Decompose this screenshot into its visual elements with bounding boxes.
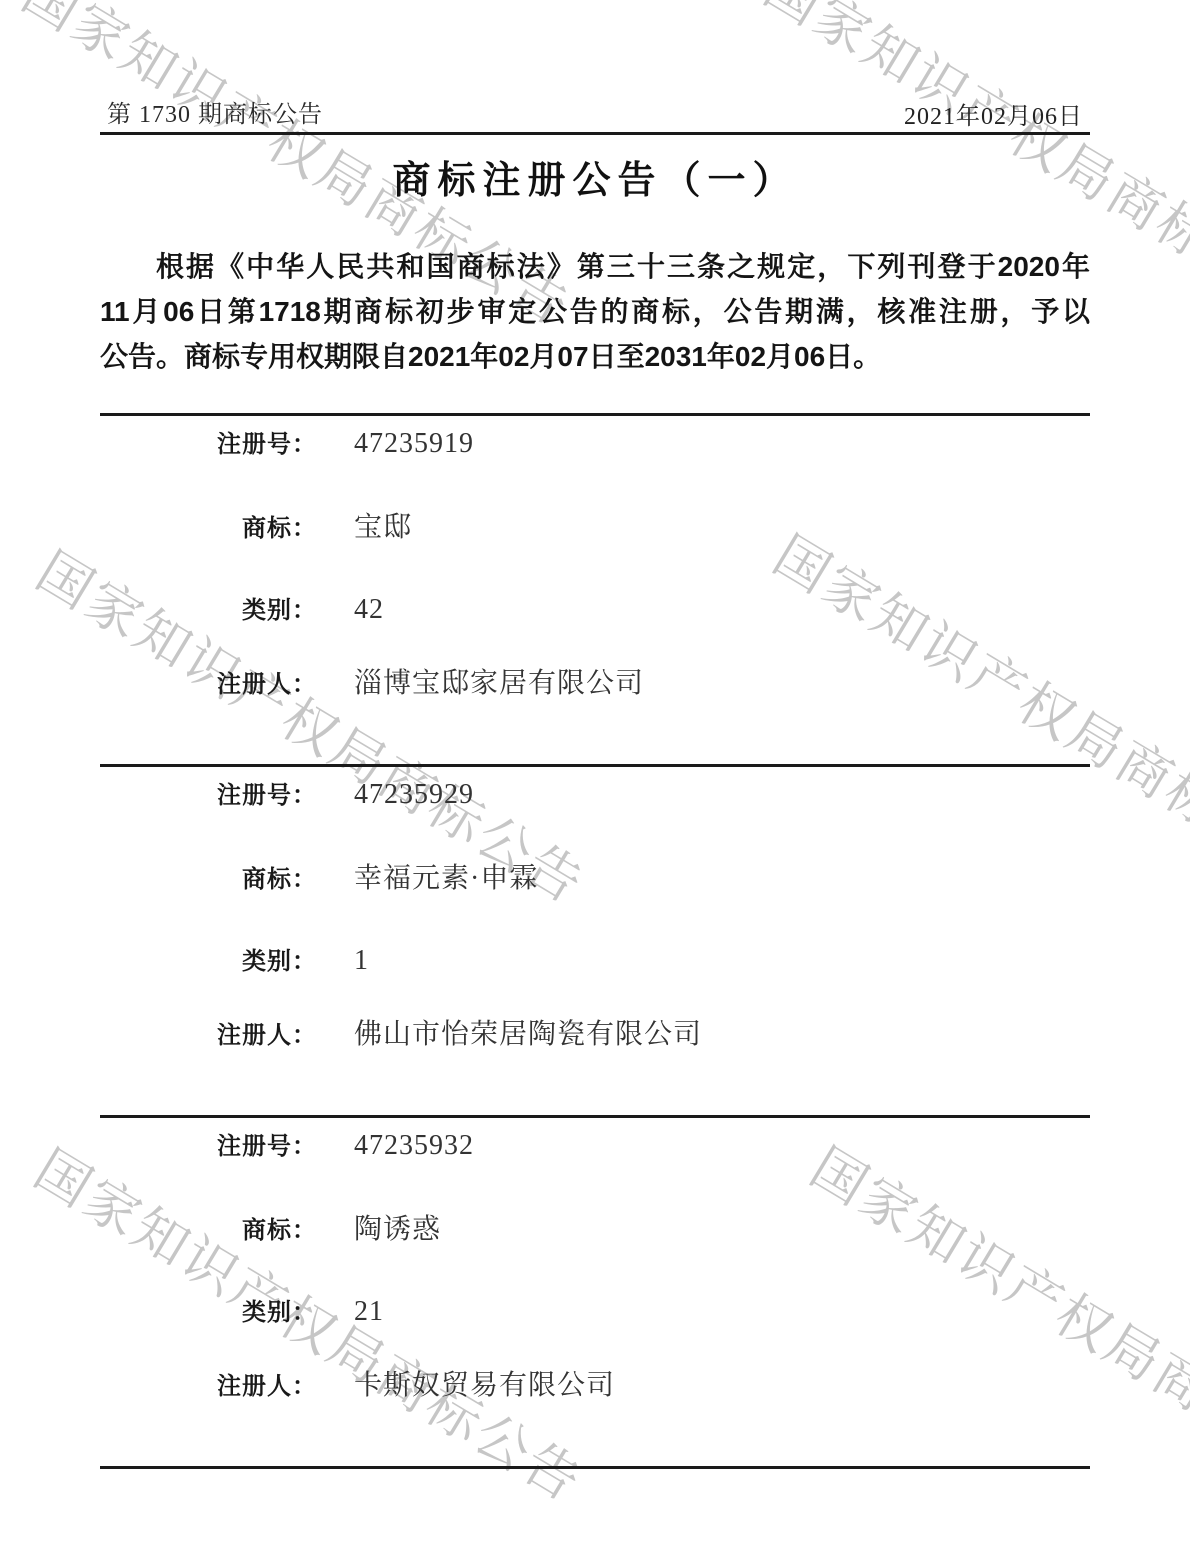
intro-line: 根据《中华人民共和国商标法》第三十三条之规定，下列刊登于2020年 — [100, 244, 1090, 289]
intro-paragraph: 根据《中华人民共和国商标法》第三十三条之规定，下列刊登于2020年 11月06日… — [100, 244, 1090, 379]
record-row-trademark: 商标： 陶诱惑 — [100, 1216, 1090, 1245]
field-label-class: 类别： — [100, 1299, 317, 1327]
record-row-trademark: 商标： 幸福元素·申霖 — [100, 865, 1090, 894]
trademark-record: 注册号： 47235929 商标： 幸福元素·申霖 类别： 1 注册人： 佛山市… — [100, 767, 1090, 1115]
record-row-trademark: 商标： 宝邸 — [100, 514, 1090, 543]
field-value-trademark: 宝邸 — [354, 514, 412, 542]
intro-line: 11月06日第1718期商标初步审定公告的商标，公告期满，核准注册，予以 — [100, 289, 1090, 334]
record-row-registration-number: 注册号： 47235929 — [100, 767, 1090, 810]
header-divider — [100, 132, 1090, 135]
page-title: 商标注册公告（一） — [100, 149, 1090, 204]
field-label-class: 类别： — [100, 948, 317, 976]
record-row-class: 类别： 1 — [100, 947, 1090, 976]
field-value-registration-number: 47235929 — [354, 781, 474, 809]
field-label-registrant: 注册人： — [100, 1373, 317, 1401]
field-label-registrant: 注册人： — [100, 1022, 317, 1050]
field-value-class: 42 — [354, 596, 384, 624]
intro-line: 公告。商标专用权期限自2021年02月07日至2031年02月06日。 — [100, 334, 1090, 379]
field-value-registrant: 卡斯奴贸易有限公司 — [354, 1372, 615, 1400]
trademark-record: 注册号： 47235932 商标： 陶诱惑 类别： 21 注册人： 卡斯奴贸易有… — [100, 1118, 1090, 1466]
field-value-class: 21 — [354, 1298, 384, 1326]
gazette-date: 2021年02月06日 — [904, 96, 1083, 131]
field-label-trademark: 商标： — [100, 1217, 317, 1245]
record-row-registration-number: 注册号： 47235932 — [100, 1118, 1090, 1161]
record-divider — [100, 1466, 1090, 1469]
field-value-registration-number: 47235932 — [354, 1132, 474, 1160]
field-label-registration-number: 注册号： — [100, 782, 317, 810]
field-label-class: 类别： — [100, 597, 317, 625]
record-row-class: 类别： 21 — [100, 1298, 1090, 1327]
record-row-registrant: 注册人： 佛山市怡荣居陶瓷有限公司 — [100, 1021, 1090, 1050]
field-label-registrant: 注册人： — [100, 671, 317, 699]
field-value-registration-number: 47235919 — [354, 430, 474, 458]
field-label-registration-number: 注册号： — [100, 1133, 317, 1161]
gazette-page: 国家知识产权局商标公告 国家知识产权局商标公告 国家知识产权局商标公告 国家知识… — [0, 0, 1190, 1564]
record-row-registrant: 注册人： 卡斯奴贸易有限公司 — [100, 1372, 1090, 1401]
field-value-class: 1 — [354, 947, 369, 975]
field-value-registrant: 佛山市怡荣居陶瓷有限公司 — [354, 1021, 702, 1049]
record-row-registration-number: 注册号： 47235919 — [100, 416, 1090, 459]
field-label-trademark: 商标： — [100, 515, 317, 543]
record-row-class: 类别： 42 — [100, 596, 1090, 625]
field-value-registrant: 淄博宝邸家居有限公司 — [354, 670, 644, 698]
field-label-trademark: 商标： — [100, 866, 317, 894]
trademark-records: 注册号： 47235919 商标： 宝邸 类别： 42 注册人： 淄博宝邸家居有… — [100, 413, 1090, 1469]
record-row-registrant: 注册人： 淄博宝邸家居有限公司 — [100, 670, 1090, 699]
gazette-issue-label: 第 1730 期商标公告 — [107, 94, 323, 129]
trademark-record: 注册号： 47235919 商标： 宝邸 类别： 42 注册人： 淄博宝邸家居有… — [100, 416, 1090, 764]
field-value-trademark: 陶诱惑 — [354, 1216, 441, 1244]
page-content: 第 1730 期商标公告 2021年02月06日 商标注册公告（一） 根据《中华… — [0, 0, 1190, 1564]
field-label-registration-number: 注册号： — [100, 431, 317, 459]
field-value-trademark: 幸福元素·申霖 — [354, 865, 538, 893]
